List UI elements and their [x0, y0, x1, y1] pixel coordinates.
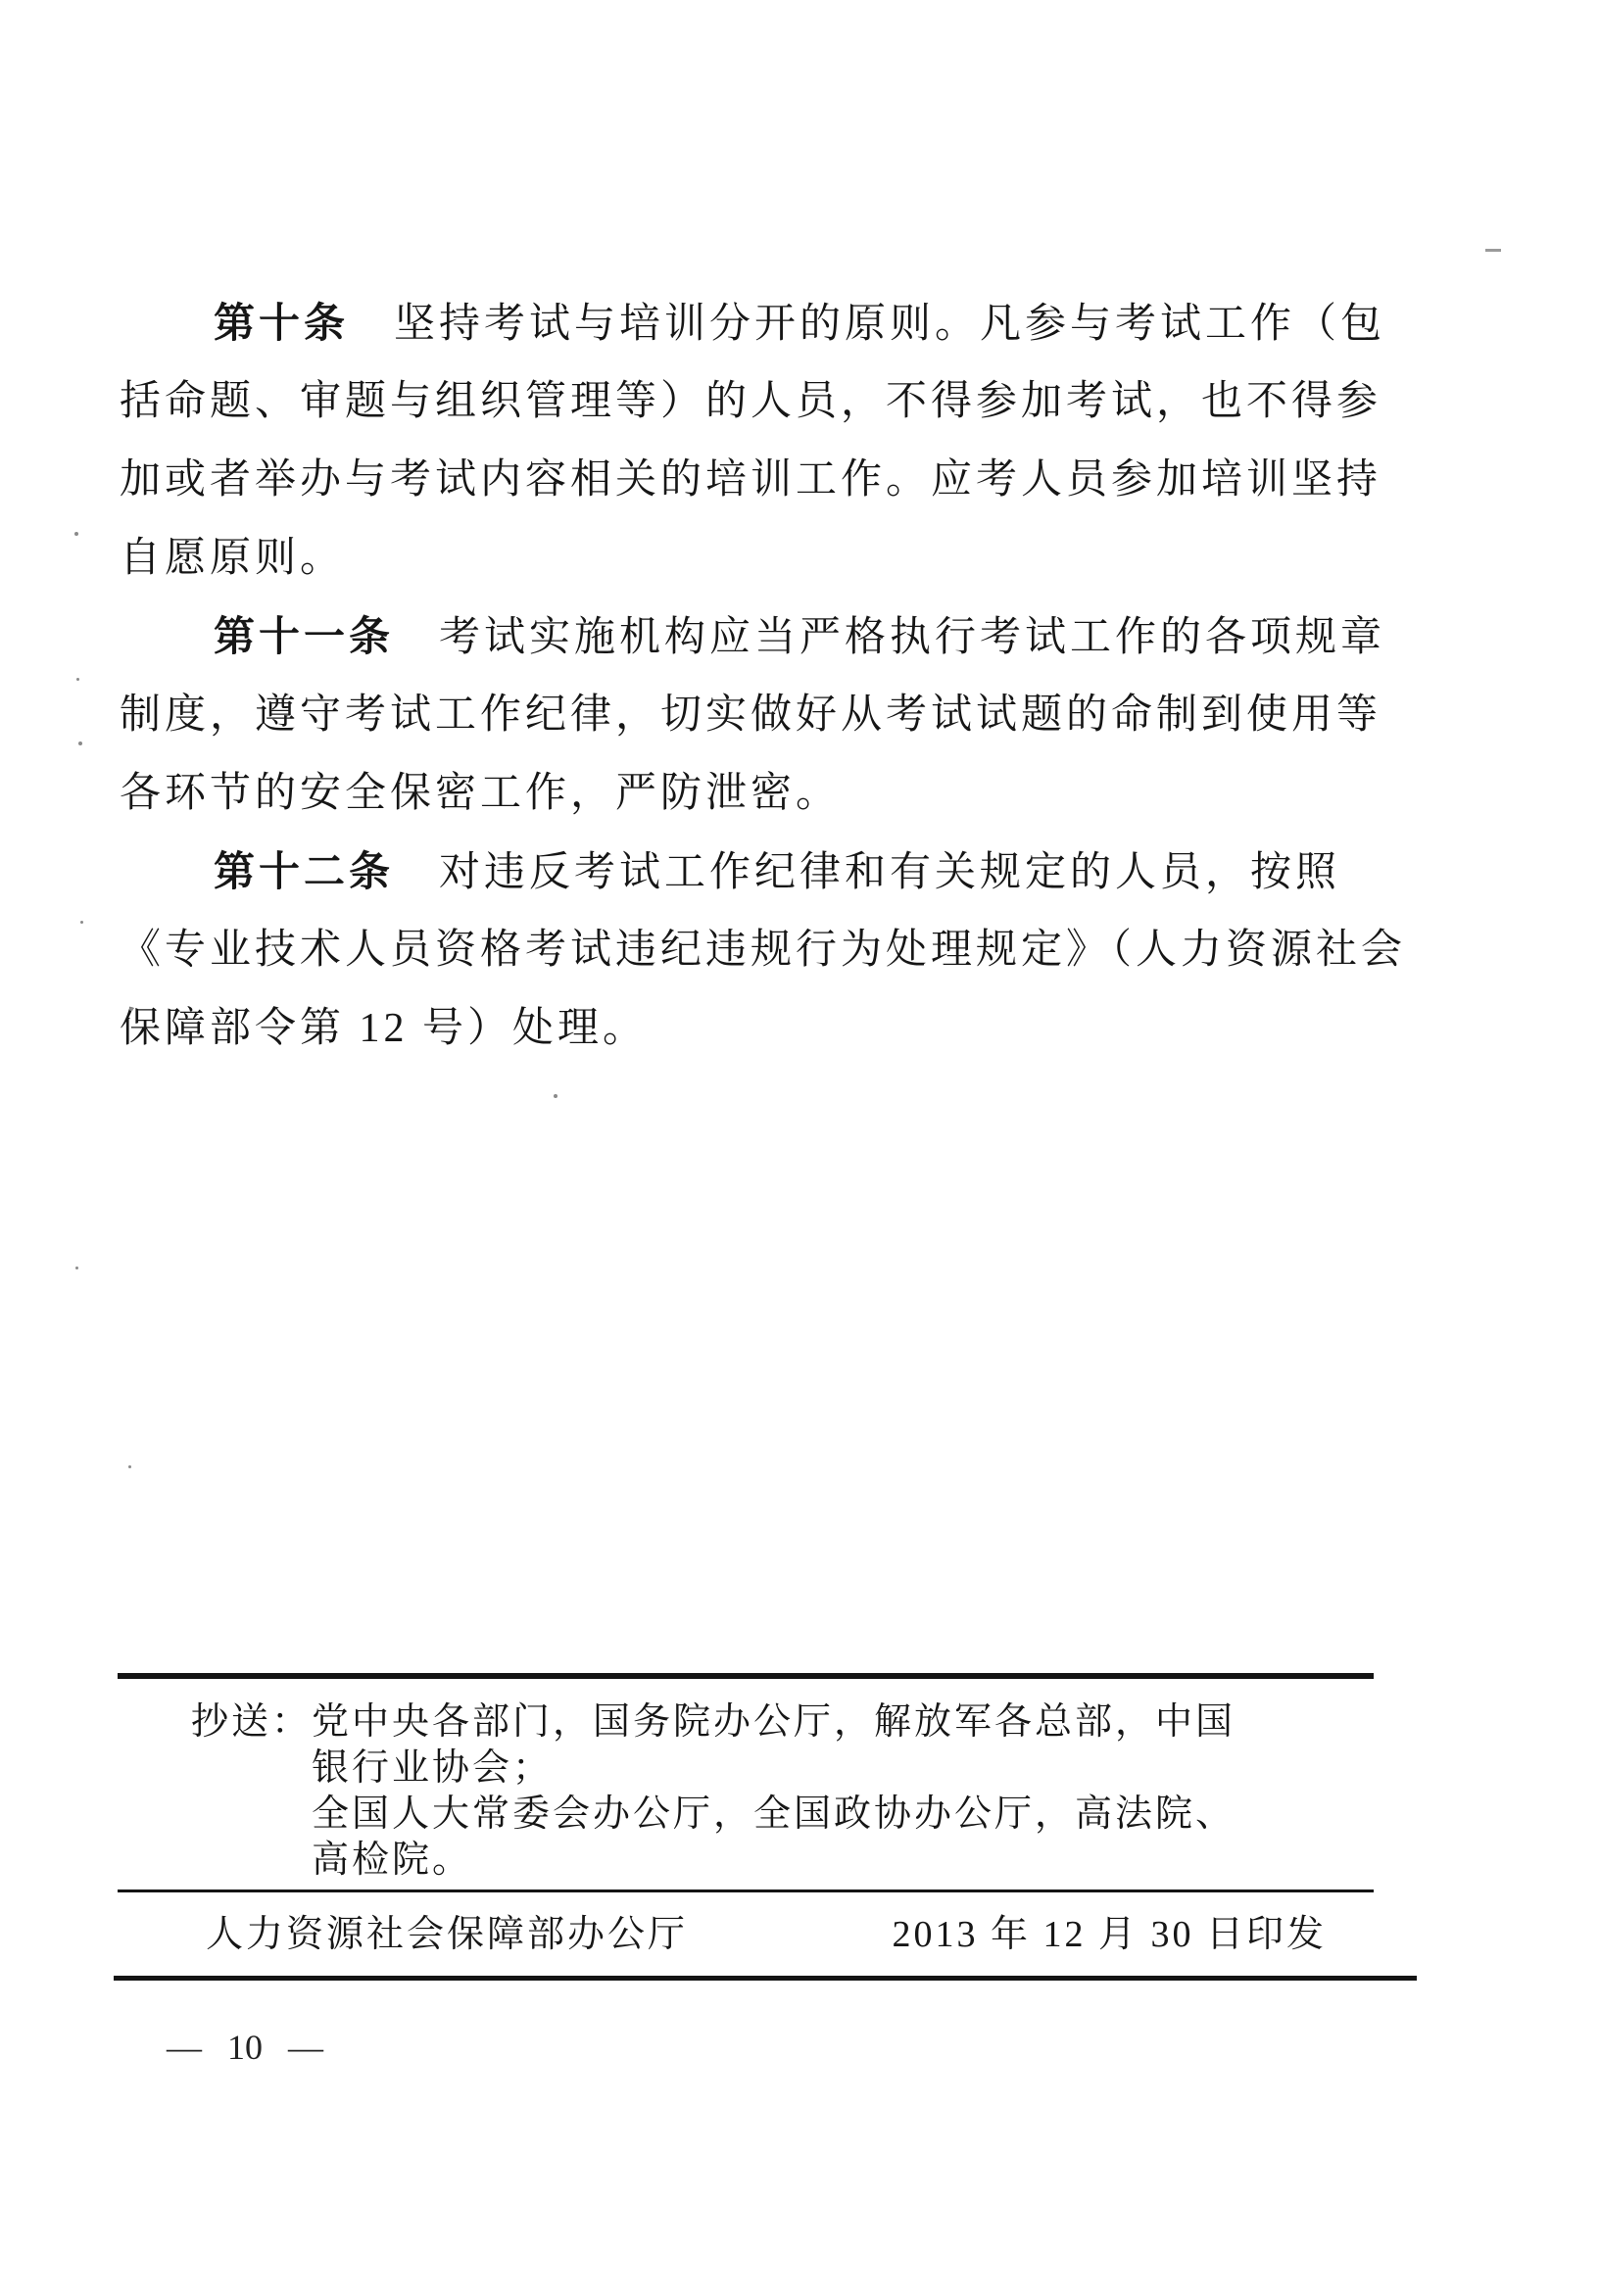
article-heading: 第十二条 [214, 848, 394, 894]
line-text: 考试实施机构应当严格执行考试工作的各项规章 [394, 615, 1385, 660]
scan-speck [554, 1094, 557, 1098]
copy-to-line: 高检院。 [312, 1838, 1236, 1884]
copy-to-line: 全国人大常委会办公厅，全国政协办公厅，高法院、 [312, 1792, 1236, 1838]
issuing-office: 人力资源社会保障部办公厅 [206, 1910, 688, 1959]
page-number-dash: — [167, 2027, 202, 2068]
copy-to-lines: 党中央各部门，国务院办公厅，解放军各总部，中国 银行业协会； 全国人大常委会办公… [312, 1699, 1236, 1884]
scan-speck [128, 1465, 131, 1468]
page-number-row: — 10 — [167, 2026, 323, 2069]
text-line: 《专业技术人员资格考试违纪违规行为处理规定》（人力资源社会 [120, 911, 1383, 989]
line-text: 《专业技术人员资格考试违纪违规行为处理规定》（人力资源社会 [120, 928, 1406, 973]
text-line: 自愿原则。 [120, 519, 1383, 598]
footer-middle-rule [118, 1889, 1374, 1892]
copy-to-line: 党中央各部门，国务院办公厅，解放军各总部，中国 [312, 1699, 1236, 1746]
scan-speck [74, 532, 78, 536]
line-text: 保障部令第 12 号）处理。 [120, 1006, 648, 1051]
text-line: 保障部令第 12 号）处理。 [120, 989, 1383, 1068]
text-line: 第十条 坚持考试与培训分开的原则。凡参与考试工作（包 [120, 284, 1383, 362]
line-text: 括命题、审题与组织管理等）的人员，不得参加考试，也不得参 [120, 379, 1381, 424]
line-text: 各环节的安全保密工作，严防泄密。 [120, 771, 841, 816]
scan-speck [78, 741, 82, 745]
imprint-row: 人力资源社会保障部办公厅 2013 年 12 月 30 日印发 [118, 1910, 1374, 1959]
text-line: 各环节的安全保密工作，严防泄密。 [120, 754, 1383, 833]
scan-speck [76, 678, 79, 681]
text-line: 第十一条 考试实施机构应当严格执行考试工作的各项规章 [120, 598, 1383, 676]
line-text: 坚持考试与培训分开的原则。凡参与考试工作（包 [349, 302, 1385, 347]
text-line: 括命题、审题与组织管理等）的人员，不得参加考试，也不得参 [120, 362, 1383, 441]
text-line: 制度，遵守考试工作纪律，切实做好从考试试题的命制到使用等 [120, 676, 1383, 754]
footer-bottom-rule [114, 1976, 1417, 1981]
scan-speck [75, 1267, 78, 1269]
footer-top-rule [118, 1673, 1374, 1679]
print-date: 2013 年 12 月 30 日印发 [892, 1910, 1327, 1959]
line-text: 自愿原则。 [120, 536, 345, 581]
text-line: 加或者举办与考试内容相关的培训工作。应考人员参加培训坚持 [120, 441, 1383, 519]
article-heading: 第十条 [214, 300, 349, 346]
copy-to-block: 抄送： 党中央各部门，国务院办公厅，解放军各总部，中国 银行业协会； 全国人大常… [191, 1699, 1236, 1884]
copy-to-line: 银行业协会； [312, 1746, 1236, 1792]
text-line: 第十二条 对违反考试工作纪律和有关规定的人员，按照 [120, 833, 1383, 911]
page-number-dash: — [288, 2027, 323, 2068]
page-number: 10 [227, 2027, 263, 2068]
scan-speck [1485, 249, 1501, 252]
article-heading: 第十一条 [214, 613, 394, 659]
scan-speck [80, 921, 83, 924]
line-text: 加或者举办与考试内容相关的培训工作。应考人员参加培训坚持 [120, 457, 1381, 502]
article-text-block: 第十条 坚持考试与培训分开的原则。凡参与考试工作（包 括命题、审题与组织管理等）… [120, 284, 1383, 1068]
scan-speck [129, 1007, 133, 1011]
scanned-document-page: 第十条 坚持考试与培训分开的原则。凡参与考试工作（包 括命题、审题与组织管理等）… [0, 0, 1599, 2296]
line-text: 对违反考试工作纪律和有关规定的人员，按照 [394, 850, 1340, 895]
line-text: 制度，遵守考试工作纪律，切实做好从考试试题的命制到使用等 [120, 693, 1381, 738]
copy-to-label: 抄送： [191, 1699, 312, 1746]
